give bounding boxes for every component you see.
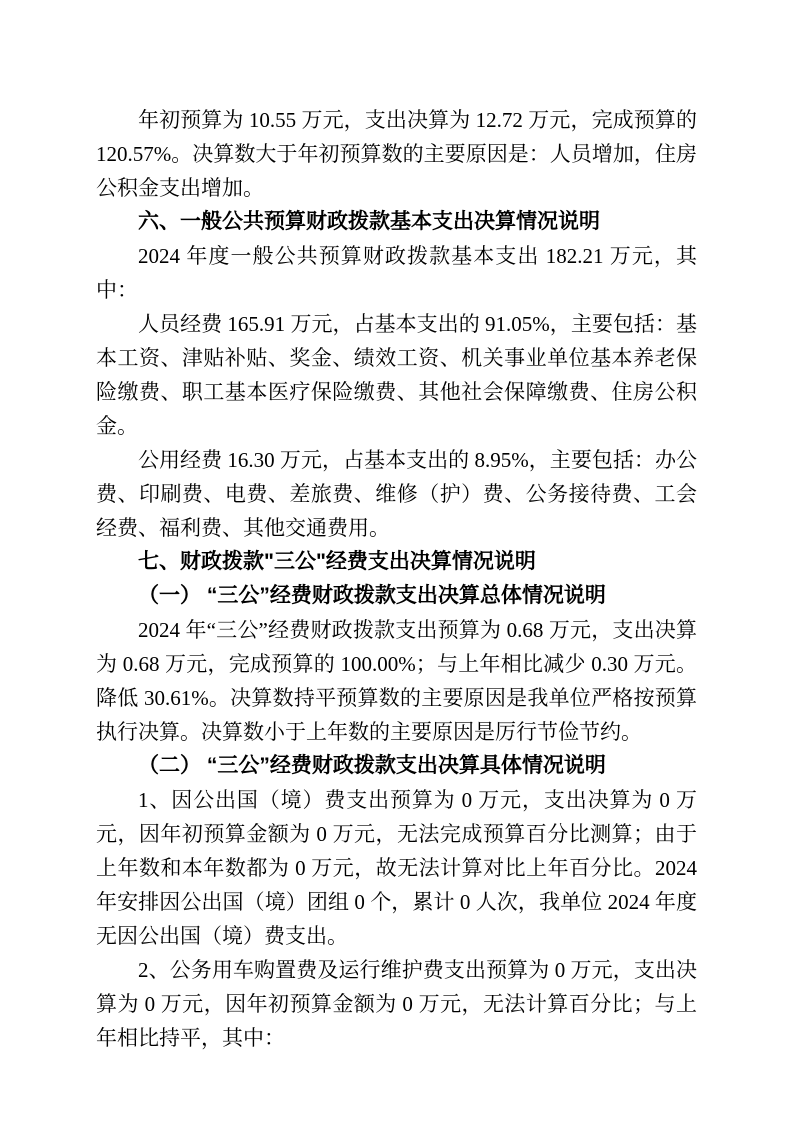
- paragraph-basic-expenditure-total: 2024 年度一般公共预算财政拨款基本支出 182.21 万元，其中：: [96, 239, 697, 307]
- paragraph-personnel-expenses: 人员经费 165.91 万元，占基本支出的 91.05%，主要包括：基本工资、津…: [96, 307, 697, 443]
- heading-section-6-basic-expenditure: 六、一般公共预算财政拨款基本支出决算情况说明: [96, 205, 697, 239]
- paragraph-public-expenses: 公用经费 16.30 万元，占基本支出的 8.95%，主要包括：办公费、印刷费、…: [96, 443, 697, 545]
- heading-subsection-2-specific: （二） “三公”经费财政拨款支出决算具体情况说明: [96, 749, 697, 783]
- paragraph-official-vehicles: 2、公务用车购置费及运行维护费支出预算为 0 万元，支出决算为 0 万元，因年初…: [96, 953, 697, 1055]
- paragraph-overseas-trips: 1、因公出国（境）费支出预算为 0 万元，支出决算为 0 万元，因年初预算金额为…: [96, 783, 697, 953]
- heading-subsection-1-overall: （一） “三公”经费财政拨款支出决算总体情况说明: [96, 579, 697, 613]
- heading-section-7-three-public-funds: 七、财政拨款"三公"经费支出决算情况说明: [96, 545, 697, 579]
- paragraph-year-begin-budget: 年初预算为 10.55 万元，支出决算为 12.72 万元，完成预算的 120.…: [96, 103, 697, 205]
- paragraph-three-public-overall: 2024 年“三公”经费财政拨款支出预算为 0.68 万元，支出决算为 0.68…: [96, 613, 697, 749]
- document-page: 年初预算为 10.55 万元，支出决算为 12.72 万元，完成预算的 120.…: [0, 0, 793, 1122]
